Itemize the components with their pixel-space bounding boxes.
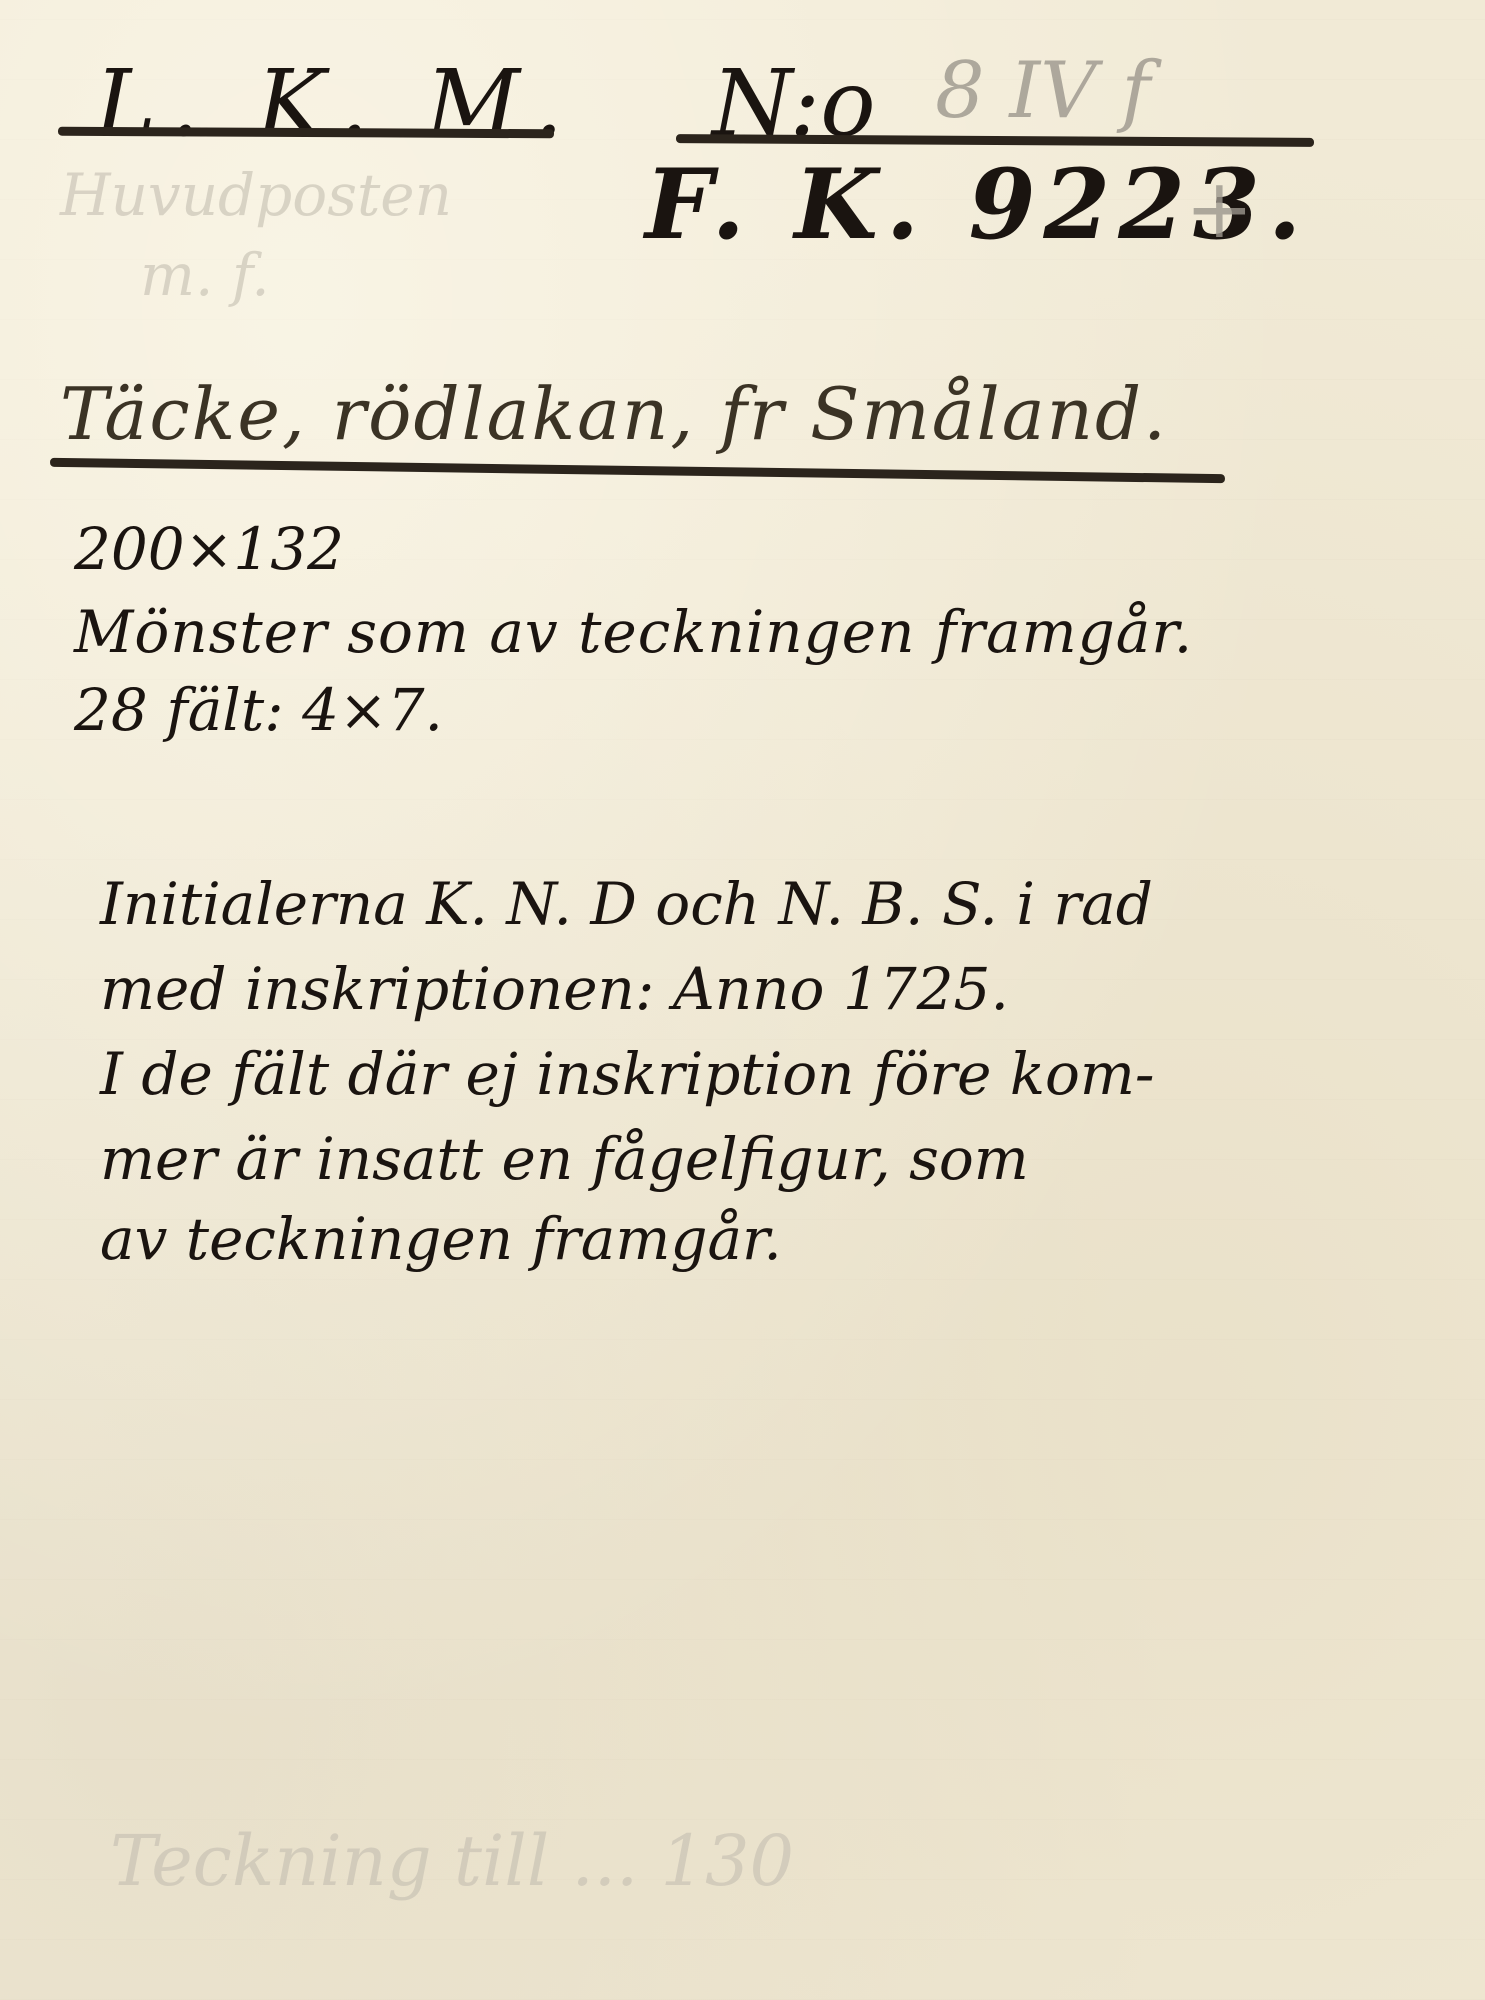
faint-pencil-note-bottom: Teckning till ... 130 — [110, 1820, 794, 1902]
collection-code: L. K. M. — [95, 50, 577, 157]
title-underline — [50, 458, 1225, 483]
number-value: 8 IV f — [935, 46, 1150, 136]
pattern-description: Mönster som av teckningen framgår. — [74, 598, 1193, 666]
note-line: I de fält där ej inskription före kom- — [100, 1040, 1155, 1108]
dimensions: 200×132 — [74, 515, 344, 583]
note-line: av teckningen framgår. — [100, 1205, 782, 1273]
catalogue-card: Huvudposten m. f. L. K. M. N:o 8 IV f F.… — [0, 0, 1485, 2000]
object-title: Täcke, rödlakan, fr Småland. — [60, 372, 1168, 456]
faint-pencil-note-top: Huvudposten m. f. — [60, 155, 452, 315]
faint-line-1: Huvudposten — [60, 155, 452, 235]
field-count: 28 fält: 4×7. — [74, 676, 443, 744]
note-line: mer är insatt en fågelfigur, som — [100, 1125, 1029, 1193]
note-line: Initialerna K. N. D och N. B. S. i rad — [100, 870, 1153, 938]
faint-line-2: m. f. — [60, 235, 452, 315]
pencil-plus-mark: + — [1185, 162, 1254, 257]
note-line: med inskriptionen: Anno 1725. — [100, 955, 1009, 1023]
